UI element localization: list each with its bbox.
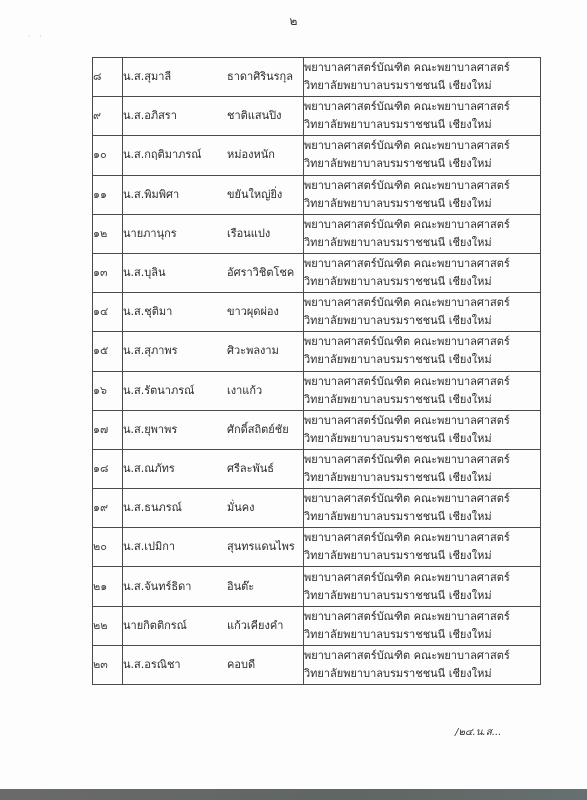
table-row: ๑๓ น.ส.บุลินอัศราวิชิตโชค พยาบาลศาสตร์บั… — [93, 253, 541, 292]
program-cell: พยาบาลศาสตร์บัณฑิต คณะพยาบาลศาสตร์ วิทยา… — [304, 97, 541, 136]
row-number: ๑๖ — [93, 371, 123, 410]
first-name: น.ส.ชุติมา — [123, 303, 227, 321]
program-cell: พยาบาลศาสตร์บัณฑิต คณะพยาบาลศาสตร์ วิทยา… — [304, 136, 541, 175]
row-number: ๒๑ — [93, 567, 123, 606]
institution: วิทยาลัยพยาบาลบรมราชชนนี เชียงใหม่ — [304, 626, 540, 644]
row-number: ๑๒ — [93, 214, 123, 253]
table-row: ๒๐ น.ส.เปมิกาสุนทรแดนไพร พยาบาลศาสตร์บัณ… — [93, 528, 541, 567]
table-row: ๒๒ นายกิตติกรณ์แก้วเคียงคำ พยาบาลศาสตร์บ… — [93, 606, 541, 645]
program-cell: พยาบาลศาสตร์บัณฑิต คณะพยาบาลศาสตร์ วิทยา… — [304, 489, 541, 528]
program-faculty: พยาบาลศาสตร์บัณฑิต คณะพยาบาลศาสตร์ — [304, 569, 540, 587]
program-faculty: พยาบาลศาสตร์บัณฑิต คณะพยาบาลศาสตร์ — [304, 490, 540, 508]
institution: วิทยาลัยพยาบาลบรมราชชนนี เชียงใหม่ — [304, 665, 540, 683]
roster-body: ๘ น.ส.สุมาลีธาดาศิรินรกุล พยาบาลศาสตร์บั… — [93, 58, 541, 685]
last-name: ศักดิ์สถิตย์ชัย — [227, 421, 289, 439]
institution: วิทยาลัยพยาบาลบรมราชชนนี เชียงใหม่ — [304, 508, 540, 526]
program-faculty: พยาบาลศาสตร์บัณฑิต คณะพยาบาลศาสตร์ — [304, 373, 540, 391]
last-name: ศิวะพลงาม — [227, 342, 279, 360]
table-row: ๘ น.ส.สุมาลีธาดาศิรินรกุล พยาบาลศาสตร์บั… — [93, 58, 541, 97]
last-name: ธาดาศิรินรกุล — [227, 68, 293, 86]
institution: วิทยาลัยพยาบาลบรมราชชนนี เชียงใหม่ — [304, 312, 540, 330]
program-faculty: พยาบาลศาสตร์บัณฑิต คณะพยาบาลศาสตร์ — [304, 137, 540, 155]
continuation-reference: /๒๔.น.ส... — [455, 725, 501, 740]
first-name: นายภานุกร — [123, 225, 227, 243]
program-cell: พยาบาลศาสตร์บัณฑิต คณะพยาบาลศาสตร์ วิทยา… — [304, 253, 541, 292]
program-cell: พยาบาลศาสตร์บัณฑิต คณะพยาบาลศาสตร์ วิทยา… — [304, 606, 541, 645]
program-faculty: พยาบาลศาสตร์บัณฑิต คณะพยาบาลศาสตร์ — [304, 177, 540, 195]
row-number: ๒๓ — [93, 645, 123, 684]
last-name: อินต๊ะ — [227, 578, 254, 596]
row-number: ๑๕ — [93, 332, 123, 371]
student-name-cell: น.ส.ยุพาพรศักดิ์สถิตย์ชัย — [123, 410, 304, 449]
program-faculty: พยาบาลศาสตร์บัณฑิต คณะพยาบาลศาสตร์ — [304, 451, 540, 469]
table-row: ๑๙ น.ส.ธนภรณ์มั่นคง พยาบาลศาสตร์บัณฑิต ค… — [93, 489, 541, 528]
student-roster-table: ๘ น.ส.สุมาลีธาดาศิรินรกุล พยาบาลศาสตร์บั… — [92, 57, 541, 685]
program-faculty: พยาบาลศาสตร์บัณฑิต คณะพยาบาลศาสตร์ — [304, 98, 540, 116]
first-name: น.ส.รัตนาภรณ์ — [123, 382, 227, 400]
student-name-cell: น.ส.สุมาลีธาดาศิรินรกุล — [123, 58, 304, 97]
student-name-cell: น.ส.บุลินอัศราวิชิตโชค — [123, 253, 304, 292]
student-name-cell: น.ส.กฤติมาภรณ์หม่องหนัก — [123, 136, 304, 175]
institution: วิทยาลัยพยาบาลบรมราชชนนี เชียงใหม่ — [304, 587, 540, 605]
student-name-cell: น.ส.อภิสราชาติแสนปิง — [123, 97, 304, 136]
first-name: น.ส.สุมาลี — [123, 68, 227, 86]
program-cell: พยาบาลศาสตร์บัณฑิต คณะพยาบาลศาสตร์ วิทยา… — [304, 410, 541, 449]
scanner-edge-bar — [0, 789, 587, 800]
row-number: ๑๙ — [93, 489, 123, 528]
first-name: น.ส.จันทร์ธิดา — [123, 578, 227, 596]
row-number: ๑๐ — [93, 136, 123, 175]
first-name: น.ส.อภิสรา — [123, 107, 227, 125]
program-cell: พยาบาลศาสตร์บัณฑิต คณะพยาบาลศาสตร์ วิทยา… — [304, 371, 541, 410]
student-name-cell: น.ส.สุภาพรศิวะพลงาม — [123, 332, 304, 371]
row-number: ๙ — [93, 97, 123, 136]
table-row: ๒๑ น.ส.จันทร์ธิดาอินต๊ะ พยาบาลศาสตร์บัณฑ… — [93, 567, 541, 606]
institution: วิทยาลัยพยาบาลบรมราชชนนี เชียงใหม่ — [304, 77, 540, 95]
table-row: ๑๘ น.ส.ณภัทรศรีละพันธ์ พยาบาลศาสตร์บัณฑิ… — [93, 449, 541, 488]
program-faculty: พยาบาลศาสตร์บัณฑิต คณะพยาบาลศาสตร์ — [304, 255, 540, 273]
institution: วิทยาลัยพยาบาลบรมราชชนนี เชียงใหม่ — [304, 155, 540, 173]
table-row: ๑๐ น.ส.กฤติมาภรณ์หม่องหนัก พยาบาลศาสตร์บ… — [93, 136, 541, 175]
student-name-cell: น.ส.ชุติมาขาวผุดผ่อง — [123, 293, 304, 332]
last-name: ขยันใหญ่ยิ่ง — [227, 186, 282, 204]
program-cell: พยาบาลศาสตร์บัณฑิต คณะพยาบาลศาสตร์ วิทยา… — [304, 175, 541, 214]
program-cell: พยาบาลศาสตร์บัณฑิต คณะพยาบาลศาสตร์ วิทยา… — [304, 449, 541, 488]
first-name: น.ส.บุลิน — [123, 264, 227, 282]
program-faculty: พยาบาลศาสตร์บัณฑิต คณะพยาบาลศาสตร์ — [304, 294, 540, 312]
first-name: น.ส.สุภาพร — [123, 342, 227, 360]
program-cell: พยาบาลศาสตร์บัณฑิต คณะพยาบาลศาสตร์ วิทยา… — [304, 332, 541, 371]
table-row: ๑๖ น.ส.รัตนาภรณ์เงาแก้ว พยาบาลศาสตร์บัณฑ… — [93, 371, 541, 410]
program-faculty: พยาบาลศาสตร์บัณฑิต คณะพยาบาลศาสตร์ — [304, 608, 540, 626]
program-cell: พยาบาลศาสตร์บัณฑิต คณะพยาบาลศาสตร์ วิทยา… — [304, 645, 541, 684]
student-name-cell: น.ส.อรณิชาคอบดี — [123, 645, 304, 684]
program-faculty: พยาบาลศาสตร์บัณฑิต คณะพยาบาลศาสตร์ — [304, 412, 540, 430]
student-name-cell: นายกิตติกรณ์แก้วเคียงคำ — [123, 606, 304, 645]
table-row: ๒๓ น.ส.อรณิชาคอบดี พยาบาลศาสตร์บัณฑิต คณ… — [93, 645, 541, 684]
scan-artifact: · · — [28, 32, 45, 41]
program-cell: พยาบาลศาสตร์บัณฑิต คณะพยาบาลศาสตร์ วิทยา… — [304, 567, 541, 606]
student-name-cell: น.ส.ธนภรณ์มั่นคง — [123, 489, 304, 528]
table-row: ๑๕ น.ส.สุภาพรศิวะพลงาม พยาบาลศาสตร์บัณฑิ… — [93, 332, 541, 371]
first-name: น.ส.ณภัทร — [123, 460, 227, 478]
row-number: ๑๑ — [93, 175, 123, 214]
institution: วิทยาลัยพยาบาลบรมราชชนนี เชียงใหม่ — [304, 234, 540, 252]
student-name-cell: น.ส.เปมิกาสุนทรแดนไพร — [123, 528, 304, 567]
table-row: ๑๔ น.ส.ชุติมาขาวผุดผ่อง พยาบาลศาสตร์บัณฑ… — [93, 293, 541, 332]
student-name-cell: น.ส.จันทร์ธิดาอินต๊ะ — [123, 567, 304, 606]
institution: วิทยาลัยพยาบาลบรมราชชนนี เชียงใหม่ — [304, 273, 540, 291]
student-name-cell: น.ส.ณภัทรศรีละพันธ์ — [123, 449, 304, 488]
program-faculty: พยาบาลศาสตร์บัณฑิต คณะพยาบาลศาสตร์ — [304, 647, 540, 665]
institution: วิทยาลัยพยาบาลบรมราชชนนี เชียงใหม่ — [304, 391, 540, 409]
row-number: ๑๓ — [93, 253, 123, 292]
last-name: ขาวผุดผ่อง — [227, 303, 279, 321]
last-name: อัศราวิชิตโชค — [227, 264, 294, 282]
last-name: ชาติแสนปิง — [227, 107, 281, 125]
program-cell: พยาบาลศาสตร์บัณฑิต คณะพยาบาลศาสตร์ วิทยา… — [304, 528, 541, 567]
institution: วิทยาลัยพยาบาลบรมราชชนนี เชียงใหม่ — [304, 469, 540, 487]
first-name: น.ส.พิมพิศา — [123, 186, 227, 204]
institution: วิทยาลัยพยาบาลบรมราชชนนี เชียงใหม่ — [304, 351, 540, 369]
program-faculty: พยาบาลศาสตร์บัณฑิต คณะพยาบาลศาสตร์ — [304, 216, 540, 234]
row-number: ๒๒ — [93, 606, 123, 645]
institution: วิทยาลัยพยาบาลบรมราชชนนี เชียงใหม่ — [304, 195, 540, 213]
table-row: ๙ น.ส.อภิสราชาติแสนปิง พยาบาลศาสตร์บัณฑิ… — [93, 97, 541, 136]
table-row: ๑๑ น.ส.พิมพิศาขยันใหญ่ยิ่ง พยาบาลศาสตร์บ… — [93, 175, 541, 214]
row-number: ๑๗ — [93, 410, 123, 449]
row-number: ๒๐ — [93, 528, 123, 567]
table-row: ๑๒ นายภานุกรเรือนแปง พยาบาลศาสตร์บัณฑิต … — [93, 214, 541, 253]
program-faculty: พยาบาลศาสตร์บัณฑิต คณะพยาบาลศาสตร์ — [304, 59, 540, 77]
page-number: ๒ — [0, 12, 587, 31]
program-cell: พยาบาลศาสตร์บัณฑิต คณะพยาบาลศาสตร์ วิทยา… — [304, 293, 541, 332]
last-name: เงาแก้ว — [227, 382, 262, 400]
first-name: นายกิตติกรณ์ — [123, 617, 227, 635]
program-cell: พยาบาลศาสตร์บัณฑิต คณะพยาบาลศาสตร์ วิทยา… — [304, 58, 541, 97]
program-faculty: พยาบาลศาสตร์บัณฑิต คณะพยาบาลศาสตร์ — [304, 333, 540, 351]
last-name: แก้วเคียงคำ — [227, 617, 283, 635]
program-cell: พยาบาลศาสตร์บัณฑิต คณะพยาบาลศาสตร์ วิทยา… — [304, 214, 541, 253]
row-number: ๘ — [93, 58, 123, 97]
last-name: ศรีละพันธ์ — [227, 460, 274, 478]
student-name-cell: น.ส.รัตนาภรณ์เงาแก้ว — [123, 371, 304, 410]
last-name: คอบดี — [227, 656, 255, 674]
institution: วิทยาลัยพยาบาลบรมราชชนนี เชียงใหม่ — [304, 116, 540, 134]
institution: วิทยาลัยพยาบาลบรมราชชนนี เชียงใหม่ — [304, 430, 540, 448]
last-name: หม่องหนัก — [227, 146, 275, 164]
student-name-cell: นายภานุกรเรือนแปง — [123, 214, 304, 253]
first-name: น.ส.กฤติมาภรณ์ — [123, 146, 227, 164]
program-faculty: พยาบาลศาสตร์บัณฑิต คณะพยาบาลศาสตร์ — [304, 529, 540, 547]
table-row: ๑๗ น.ส.ยุพาพรศักดิ์สถิตย์ชัย พยาบาลศาสตร… — [93, 410, 541, 449]
institution: วิทยาลัยพยาบาลบรมราชชนนี เชียงใหม่ — [304, 547, 540, 565]
last-name: มั่นคง — [227, 499, 255, 517]
last-name: เรือนแปง — [227, 225, 270, 243]
student-name-cell: น.ส.พิมพิศาขยันใหญ่ยิ่ง — [123, 175, 304, 214]
first-name: น.ส.อรณิชา — [123, 656, 227, 674]
last-name: สุนทรแดนไพร — [227, 538, 295, 556]
first-name: น.ส.ยุพาพร — [123, 421, 227, 439]
row-number: ๑๔ — [93, 293, 123, 332]
first-name: น.ส.ธนภรณ์ — [123, 499, 227, 517]
row-number: ๑๘ — [93, 449, 123, 488]
first-name: น.ส.เปมิกา — [123, 538, 227, 556]
